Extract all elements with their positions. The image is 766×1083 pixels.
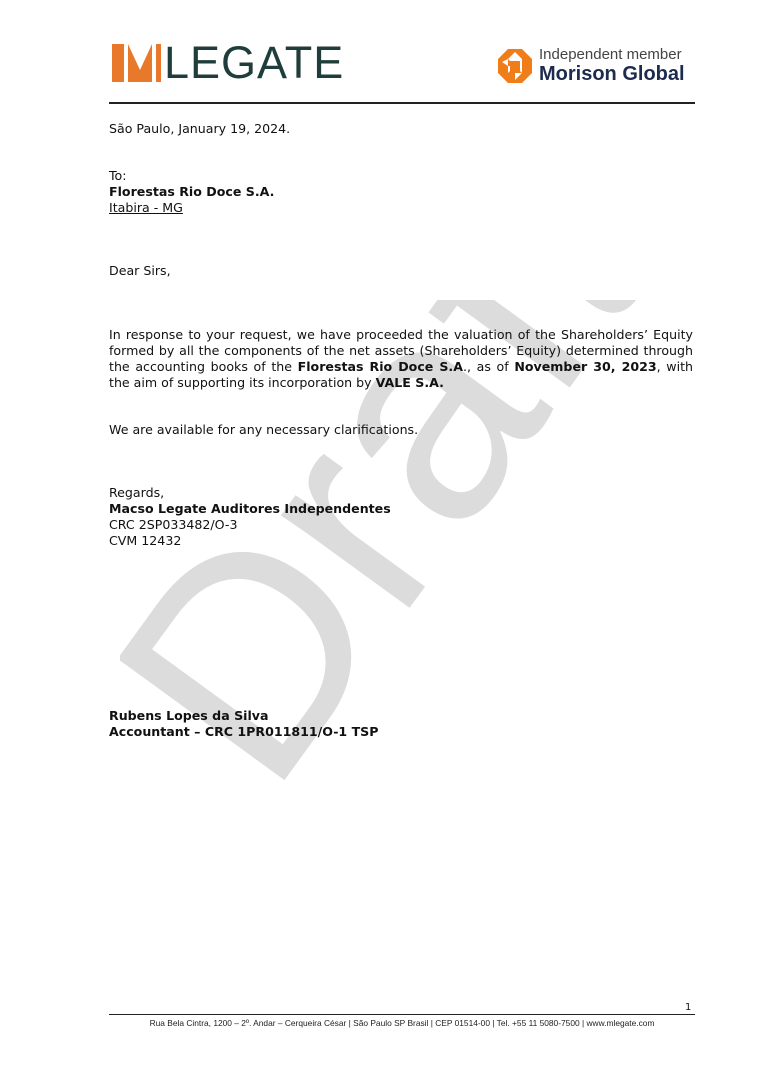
footer-divider bbox=[109, 1014, 695, 1015]
signer-title: Accountant – CRC 1PR011811/O-1 TSP bbox=[109, 724, 378, 740]
morison-octagon-icon bbox=[497, 48, 533, 84]
body-paragraph: In response to your request, we have pro… bbox=[109, 327, 693, 391]
firm-crc: CRC 2SP033482/O-3 bbox=[109, 517, 237, 533]
firm-cvm: CVM 12432 bbox=[109, 533, 181, 549]
recipient-location: Itabira - MG bbox=[109, 200, 183, 216]
mlegate-logo: LEGATE bbox=[112, 42, 344, 82]
footer-address: Rua Bela Cintra, 1200 – 2º. Andar – Cerq… bbox=[109, 1018, 695, 1028]
recipient-name: Florestas Rio Doce S.A. bbox=[109, 184, 274, 200]
morison-global-logo: Independent member Morison Global bbox=[497, 46, 685, 85]
body-company: Florestas Rio Doce S.A bbox=[298, 359, 463, 374]
page-number: 1 bbox=[685, 1002, 691, 1013]
header-divider bbox=[109, 102, 695, 104]
firm-name: Macso Legate Auditores Independentes bbox=[109, 501, 391, 517]
body-acquirer: VALE S.A. bbox=[376, 375, 444, 390]
body-date: November 30, 2023 bbox=[514, 359, 656, 374]
document-page: Draft LEGATE Independent member Morison … bbox=[0, 0, 766, 1083]
mlegate-m-mark-icon bbox=[112, 44, 162, 82]
closing: Regards, bbox=[109, 485, 164, 501]
salutation: Dear Sirs, bbox=[109, 263, 171, 279]
mlegate-logo-text: LEGATE bbox=[164, 44, 344, 82]
partner-name: Morison Global bbox=[539, 63, 685, 85]
signer-name: Rubens Lopes da Silva bbox=[109, 708, 269, 724]
availability-note: We are available for any necessary clari… bbox=[109, 422, 418, 438]
body-text-2: ., as of bbox=[463, 359, 514, 374]
to-label: To: bbox=[109, 168, 127, 184]
partner-subtitle: Independent member bbox=[539, 46, 685, 63]
place-date: São Paulo, January 19, 2024. bbox=[109, 121, 290, 137]
